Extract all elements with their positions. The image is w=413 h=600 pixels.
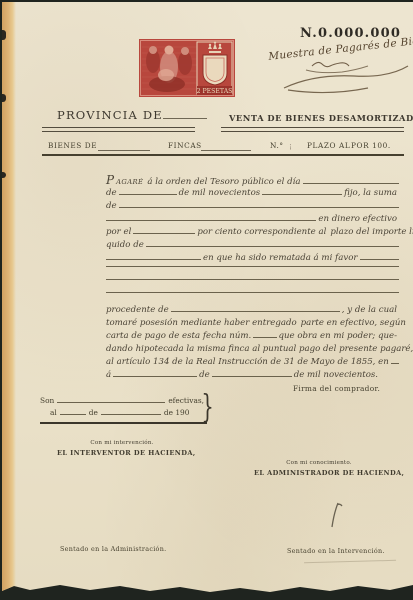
pagare-body: PAGARÉ á la orden del Tesoro público el …: [106, 174, 399, 382]
province-rule: [42, 127, 195, 132]
son-line-2: al de de 190: [40, 407, 207, 419]
brace-glyph: }: [201, 389, 213, 426]
bienes-label: BIENES DE: [48, 141, 97, 150]
body-text: de: [106, 200, 117, 213]
body-text: de mil novecientos: [179, 187, 261, 200]
body-line: [106, 291, 399, 304]
pen-mark: [324, 500, 346, 530]
body-text: que obra en mi poder; que-: [279, 330, 398, 343]
body-text: por ciento correspondiente al: [197, 226, 326, 239]
body-text: quido de: [106, 239, 144, 252]
edge-nick: [2, 94, 6, 102]
faint-pencil-line: [304, 557, 396, 563]
fill-blank: [253, 336, 276, 338]
de190-label: de 190: [164, 407, 190, 419]
body-line: de: [106, 200, 399, 213]
fill-blank: [57, 401, 165, 403]
body-line: tomaré posesión mediante haber entregado…: [106, 317, 399, 330]
administrador-note: Con mi conocimiento.: [254, 460, 384, 466]
efectivas-label: efectivas,: [168, 395, 204, 407]
fill-blank: [360, 258, 400, 260]
body-line: en que ha sido rematada á mi favor: [106, 252, 399, 265]
signature-flourish: [278, 54, 413, 98]
province-row: PROVINCIA DE: [57, 108, 207, 122]
body-text: procedente de: [106, 304, 169, 317]
administrador-block: Con mi conocimiento. EL ADMINISTRADOR DE…: [254, 460, 384, 477]
body-line: quido de: [106, 239, 399, 252]
body-text: , y de la cual: [342, 304, 397, 317]
interventor-title: EL INTERVENTOR DE HACIENDA,: [57, 449, 187, 457]
body-text: por el: [106, 226, 131, 239]
pagare-word: AGARÉ: [116, 176, 143, 189]
document-title: VENTA DE BIENES DESAMORTIZADOS: [229, 113, 409, 123]
document-photo: N.0.000.000: [0, 0, 413, 600]
body-line: á de de mil novecientos.: [106, 369, 399, 382]
body-text: carta de pago de esta fecha núm.: [106, 330, 251, 343]
son-box: Son efectivas, al de de 190 }: [40, 395, 207, 424]
fill-blank: [119, 206, 399, 208]
fill-blank: [146, 245, 399, 247]
body-line: en dinero efectivo: [106, 213, 399, 226]
body-text: plazo del importe lí-: [330, 226, 413, 239]
firma-label: Firma del comprador.: [293, 384, 380, 393]
fill-blank: [171, 310, 340, 312]
body-line: PAGARÉ á la orden del Tesoro público el …: [106, 174, 399, 187]
body-line: [106, 265, 399, 278]
fill-blank: [101, 413, 161, 415]
province-blank: [163, 117, 207, 119]
body-line: [106, 278, 399, 291]
stamp-denomination: 2 PESETAS: [197, 88, 233, 95]
fill-blank: [106, 219, 316, 221]
title-rule: [221, 127, 404, 132]
sentado-intervencion: Sentado en la Intervención.: [287, 547, 385, 555]
interventor-block: Con mi intervención. EL INTERVENTOR DE H…: [57, 440, 187, 457]
body-text: de: [106, 187, 117, 200]
interventor-note: Con mi intervención.: [57, 440, 187, 446]
body-text: tomaré posesión mediante haber entregado: [106, 317, 297, 330]
fill-blank: [106, 258, 201, 260]
header-rule: [42, 154, 404, 156]
body-line: procedente de , y de la cual: [106, 304, 399, 317]
revenue-stamp: 2 PESETAS: [139, 39, 235, 97]
body-text: de mil novecientos.: [294, 369, 378, 382]
body-line: al artículo 134 de la Real Instrucción d…: [106, 356, 399, 369]
edge-nick: [2, 30, 6, 40]
body-text: en dinero efectivo: [318, 213, 397, 226]
sentado-administracion: Sentado en la Administración.: [60, 545, 166, 553]
plazo-label: PLAZO AL: [307, 141, 350, 150]
body-text: fijo, la suma: [344, 187, 397, 200]
stamp-graphic: 2 PESETAS: [139, 39, 235, 97]
fill-blank: [262, 193, 342, 195]
fill-blank: [133, 232, 195, 234]
body-text: dando hipotecada la misma finca al puntu…: [106, 343, 413, 356]
son-box-rule: [40, 422, 207, 424]
body-text: al artículo 134 de la Real Instrucción d…: [106, 356, 389, 369]
body-text: á: [106, 369, 111, 382]
body-line: por el por ciento correspondiente al pla…: [106, 226, 399, 239]
al-label: al: [50, 407, 57, 419]
fill-blank: [60, 413, 86, 415]
por100-label: POR 100.: [351, 141, 391, 150]
administrador-title: EL ADMINISTRADOR DE HACIENDA,: [254, 469, 384, 477]
province-label: PROVINCIA DE: [57, 108, 163, 122]
fill-blank: [391, 362, 399, 364]
fill-blank: [113, 375, 197, 377]
de-label: de: [89, 407, 98, 419]
fill-blank: [303, 182, 399, 184]
body-line: carta de pago de esta fecha núm. que obr…: [106, 330, 399, 343]
fill-blank: [212, 375, 292, 377]
left-aged-edge: [2, 2, 16, 598]
paper-sheet: N.0.000.000: [2, 2, 413, 598]
pagare-initial: P: [106, 174, 114, 187]
fill-blank: [106, 291, 399, 293]
son-line-1: Son efectivas,: [40, 395, 207, 407]
bienes-blank: [98, 149, 150, 151]
pencil-tick: ¡: [289, 142, 292, 150]
fill-blank: [106, 265, 399, 267]
body-text: de: [199, 369, 210, 382]
body-text: en que ha sido rematada á mi favor: [203, 252, 358, 265]
body-text: parte en efectivo, según: [301, 317, 406, 330]
fincas-label: FINCAS: [168, 141, 202, 150]
fill-blank: [119, 193, 177, 195]
fill-blank: [106, 278, 399, 280]
son-label: Son: [40, 395, 54, 407]
fincas-blank: [201, 149, 251, 151]
body-line: dando hipotecada la misma finca al puntu…: [106, 343, 399, 356]
numero-label: N.°: [270, 141, 284, 150]
